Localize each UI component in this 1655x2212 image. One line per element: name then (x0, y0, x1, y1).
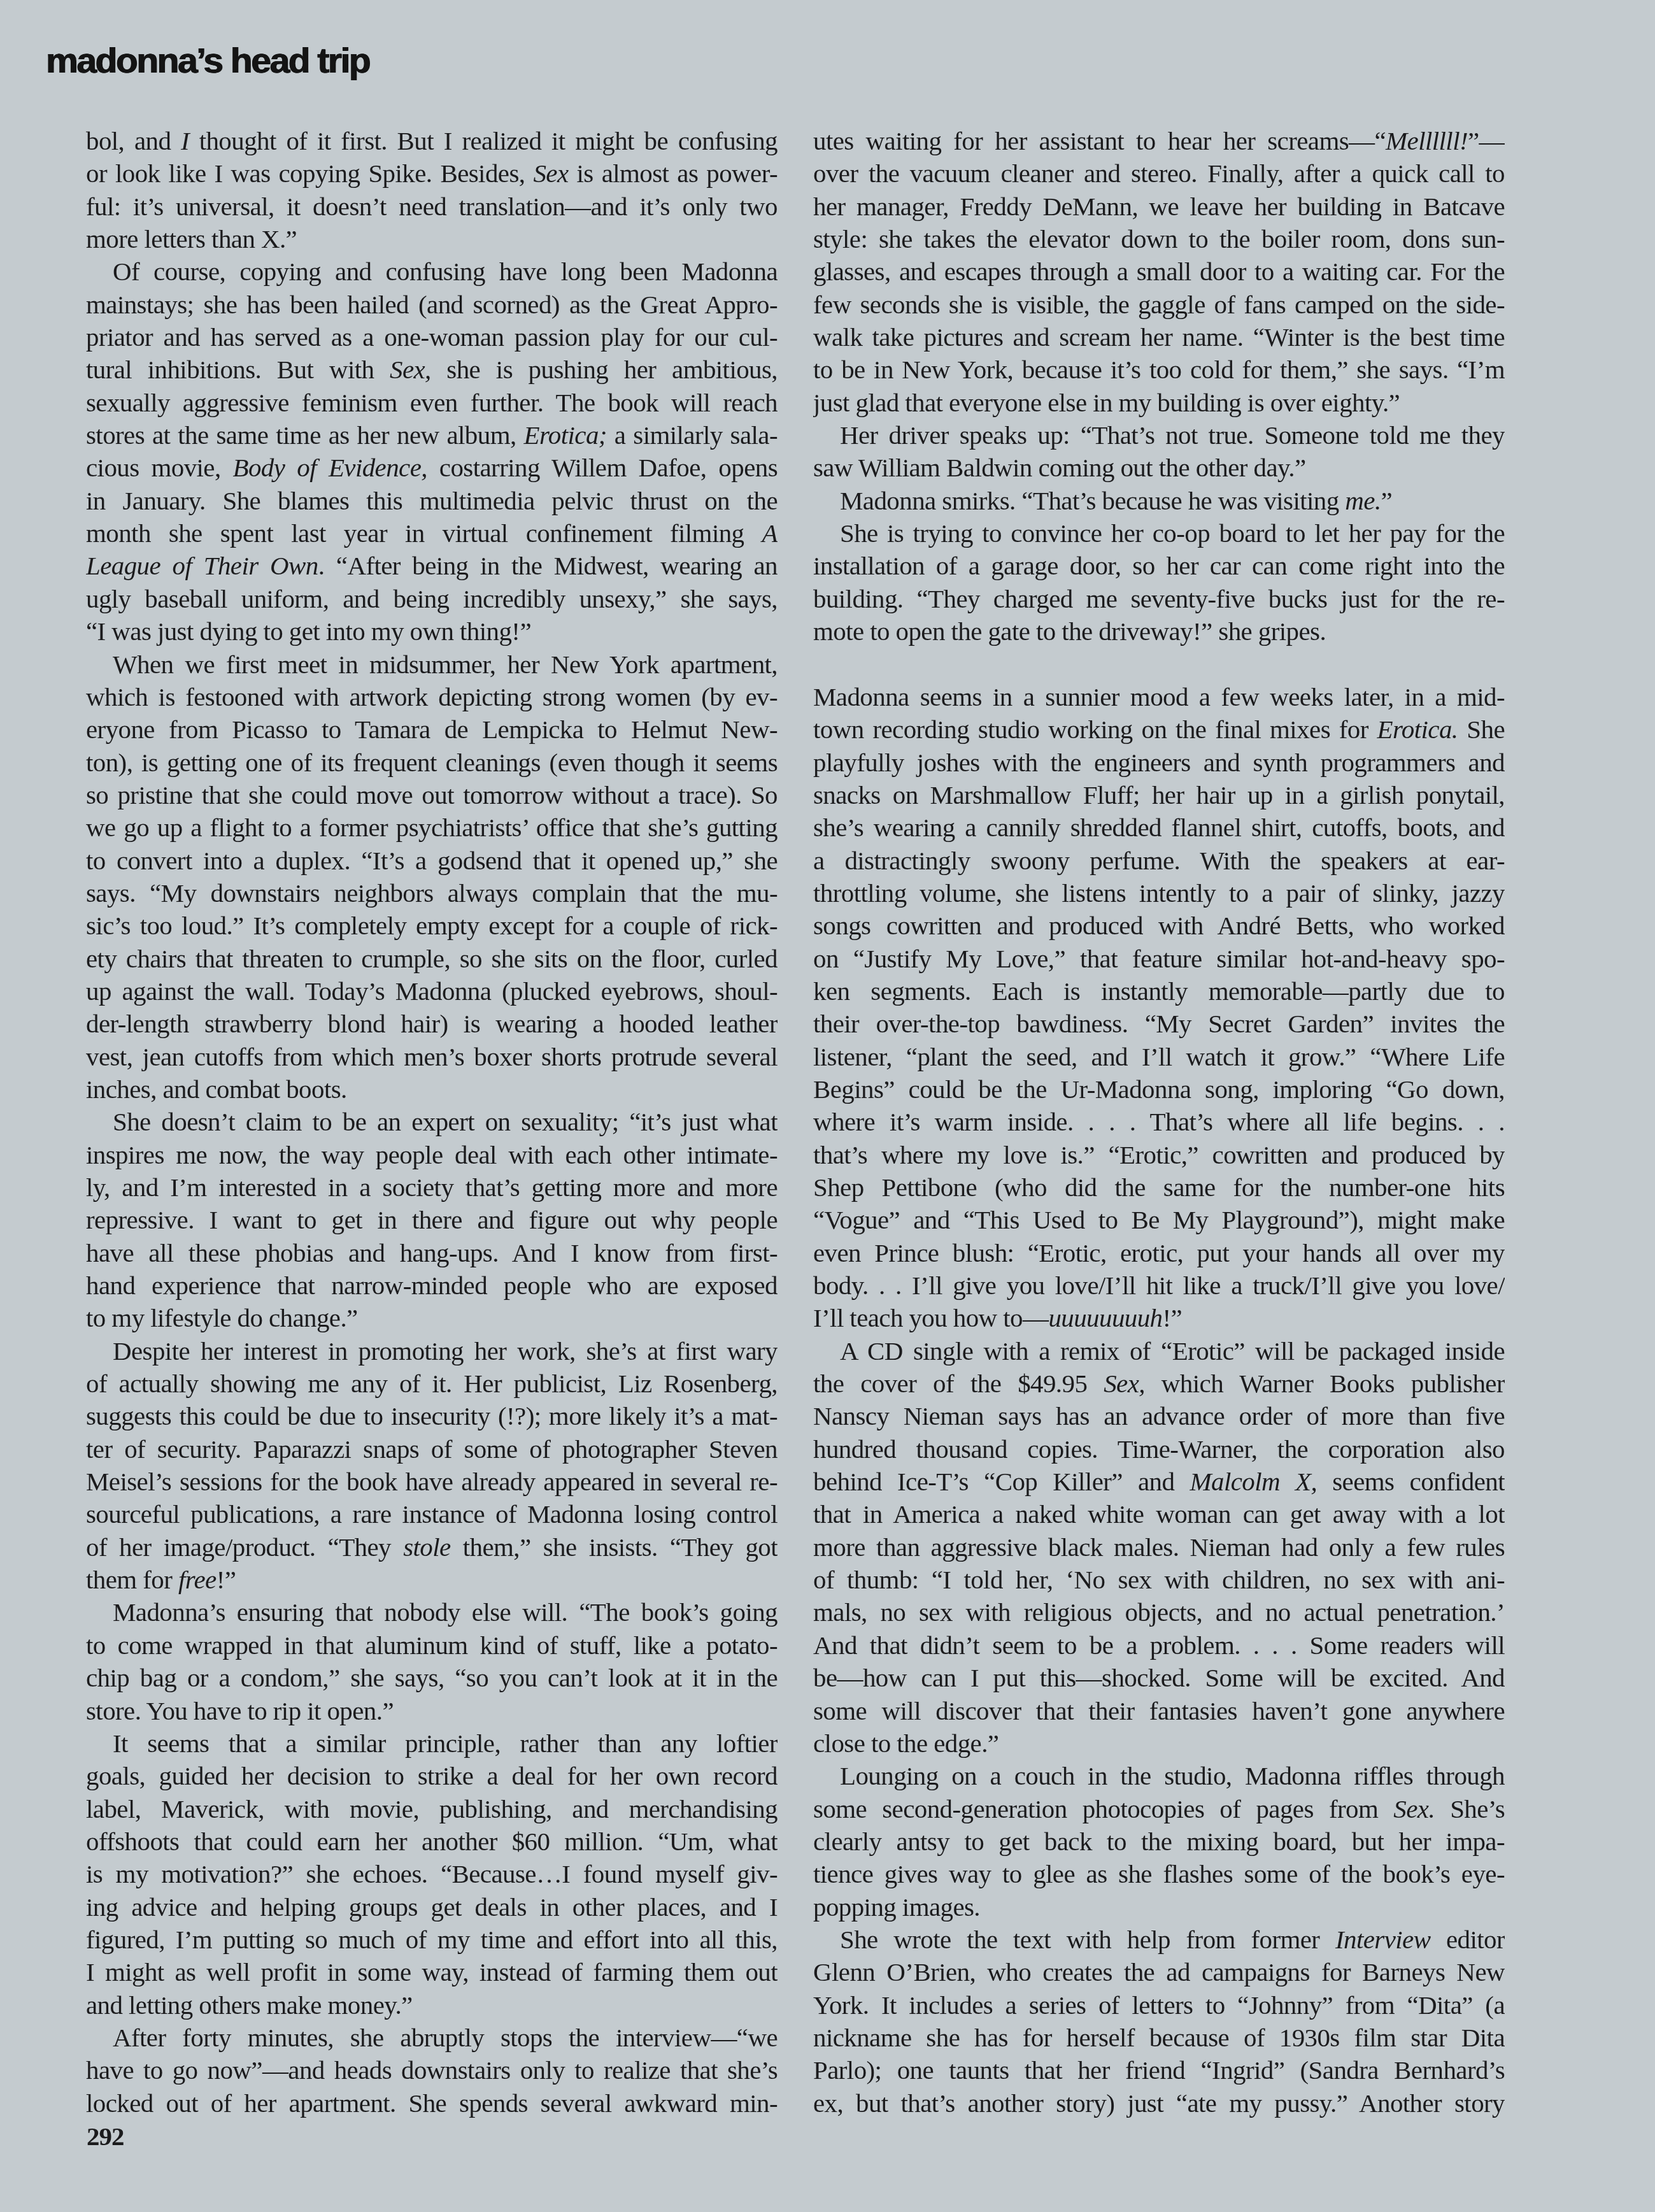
article-line: I’ll teach you how to—uuuuuuuuh!” (813, 1302, 1505, 1334)
article-line: “Vogue” and “This Used to Be My Playgrou… (813, 1204, 1505, 1236)
article-line: them for free!” (86, 1564, 778, 1596)
article-line: have to go now”—and heads downstairs onl… (86, 2054, 778, 2087)
article-line: clearly antsy to get back to the mixing … (813, 1825, 1505, 1858)
article-line: Madonna seems in a sunnier mood a few we… (813, 681, 1505, 713)
article-line: to my lifestyle do change.” (86, 1302, 778, 1334)
article-line: ugly baseball uniform, and being incredi… (86, 583, 778, 615)
article-line: says. “My downstairs neighbors always co… (86, 877, 778, 910)
article-line: ken segments. Each is instantly memorabl… (813, 975, 1505, 1008)
article-line: ety chairs that threaten to crumple, so … (86, 943, 778, 975)
article-line: tience gives way to glee as she flashes … (813, 1858, 1505, 1890)
article-line: mainstays; she has been hailed (and scor… (86, 289, 778, 321)
article-line: we go up a flight to a former psychiatri… (86, 811, 778, 844)
article-line: the cover of the $49.95 Sex, which Warne… (813, 1367, 1505, 1400)
article-line: I might as well profit in some way, inst… (86, 1956, 778, 1988)
article-line: ful: it’s universal, it doesn’t need tra… (86, 190, 778, 223)
article-line: to be in New York, because it’s too cold… (813, 353, 1505, 386)
article-line: ex, but that’s another story) just “ate … (813, 2087, 1505, 2120)
article-line: that in America a naked white woman can … (813, 1498, 1505, 1531)
article-line: more than aggressive black males. Nieman… (813, 1531, 1505, 1564)
article-line: hand experience that narrow-minded peopl… (86, 1269, 778, 1302)
article-line: saw William Baldwin coming out the other… (813, 452, 1505, 484)
article-line: where it’s warm inside. . . . That’s whe… (813, 1106, 1505, 1138)
article-line: up against the wall. Today’s Madonna (pl… (86, 975, 778, 1008)
article-line: repressive. I want to get in there and f… (86, 1204, 778, 1236)
article-line: a distractingly swoony perfume. With the… (813, 845, 1505, 877)
article-line: of thumb: “I told her, ‘No sex with chil… (813, 1564, 1505, 1596)
article-line: which is festooned with artwork depictin… (86, 681, 778, 713)
article-line: is my motivation?” she echoes. “Because…… (86, 1858, 778, 1890)
article-line: chip bag or a condom,” she says, “so you… (86, 1662, 778, 1694)
article-line: ton), is getting one of its frequent cle… (86, 746, 778, 779)
article-line: Nanscy Nieman says has an advance order … (813, 1400, 1505, 1432)
article-line: inches, and combat boots. (86, 1073, 778, 1106)
article-line: more letters than X.” (86, 223, 778, 255)
article-line: Of course, copying and confusing have lo… (86, 255, 778, 288)
article-line: sexually aggressive feminism even furthe… (86, 387, 778, 419)
article-line: snacks on Marshmallow Fluff; her hair up… (813, 779, 1505, 811)
article-line: utes waiting for her assistant to hear h… (813, 125, 1505, 157)
article-line: Parlo); one taunts that her friend “Ingr… (813, 2054, 1505, 2087)
article-line: locked out of her apartment. She spends … (86, 2087, 778, 2120)
article-line: nickname she has for herself because of … (813, 2022, 1505, 2054)
article-line: behind Ice-T’s “Cop Killer” and Malcolm … (813, 1466, 1505, 1498)
page-number: 292 (87, 2121, 124, 2151)
page-title: madonna’s head trip (46, 39, 369, 81)
article-line: cious movie, Body of Evidence, costarrin… (86, 452, 778, 484)
article-line: Meisel’s sessions for the book have alre… (86, 1466, 778, 1498)
article-line: their over-the-top bawdiness. “My Secret… (813, 1008, 1505, 1040)
article-line: over the vacuum cleaner and stereo. Fina… (813, 157, 1505, 190)
article-line: walk take pictures and scream her name. … (813, 321, 1505, 353)
article-line: month she spent last year in virtual con… (86, 517, 778, 550)
article-line: to convert into a duplex. “It’s a godsen… (86, 845, 778, 877)
article-line: mals, no sex with religious objects, and… (813, 1596, 1505, 1629)
article-line: playfully joshes with the engineers and … (813, 746, 1505, 779)
article-line: style: she takes the elevator down to th… (813, 223, 1505, 255)
article-line: Madonna smirks. “That’s because he was v… (813, 485, 1505, 517)
article-line: League of Their Own. “After being in the… (86, 550, 778, 582)
article-line: figured, I’m putting so much of my time … (86, 1923, 778, 1956)
article-line: After forty minutes, she abruptly stops … (86, 2022, 778, 2054)
article-line: She doesn’t claim to be an expert on sex… (86, 1106, 778, 1138)
article-line: on “Justify My Love,” that feature simil… (813, 943, 1505, 975)
article-line: be—how can I put this—shocked. Some will… (813, 1662, 1505, 1694)
article-line: songs cowritten and produced with André … (813, 910, 1505, 942)
article-line: A CD single with a remix of “Erotic” wil… (813, 1335, 1505, 1367)
article-line: Despite her interest in promoting her wo… (86, 1335, 778, 1367)
article-line: some will discover that their fantasies … (813, 1695, 1505, 1727)
article-line: body. . . I’ll give you love/I’ll hit li… (813, 1269, 1505, 1302)
article-line: goals, guided her decision to strike a d… (86, 1760, 778, 1792)
article-line: glasses, and escapes through a small doo… (813, 255, 1505, 288)
article-line: throttling volume, she listens intently … (813, 877, 1505, 910)
article-line: popping images. (813, 1891, 1505, 1923)
article-line: or look like I was copying Spike. Beside… (86, 157, 778, 190)
article-line: suggests this could be due to insecurity… (86, 1400, 778, 1432)
article-line: building. “They charged me seventy-five … (813, 583, 1505, 615)
article-line: some second-generation photocopies of pa… (813, 1793, 1505, 1825)
article-line: label, Maverick, with movie, publishing,… (86, 1793, 778, 1825)
article-line: even Prince blush: “Erotic, erotic, put … (813, 1237, 1505, 1269)
article-line: store. You have to rip it open.” (86, 1695, 778, 1727)
article-line: Begins” could be the Ur-Madonna song, im… (813, 1073, 1505, 1106)
article-line: hundred thousand copies. Time-Warner, th… (813, 1433, 1505, 1466)
article-line: “I was just dying to get into my own thi… (86, 615, 778, 648)
article-line: town recording studio working on the fin… (813, 713, 1505, 746)
article-line: vest, jean cutoffs from which men’s boxe… (86, 1041, 778, 1073)
article-line: sourceful publications, a rare instance … (86, 1498, 778, 1531)
article-line: offshoots that could earn her another $6… (86, 1825, 778, 1858)
article-line: tural inhibitions. But with Sex, she is … (86, 353, 778, 386)
article-line: installation of a garage door, so her ca… (813, 550, 1505, 582)
article-line: priator and has served as a one-woman pa… (86, 321, 778, 353)
article-line: der-length strawberry blond hair) is wea… (86, 1008, 778, 1040)
article-line: sic’s too loud.” It’s completely empty e… (86, 910, 778, 942)
article-line: few seconds she is visible, the gaggle o… (813, 289, 1505, 321)
article-line: eryone from Picasso to Tamara de Lempick… (86, 713, 778, 746)
article-line: ing advice and helping groups get deals … (86, 1891, 778, 1923)
article-line: Lounging on a couch in the studio, Madon… (813, 1760, 1505, 1792)
article-line: She is trying to convince her co-op boar… (813, 517, 1505, 550)
article-line: Shep Pettibone (who did the same for the… (813, 1171, 1505, 1204)
article-line: Glenn O’Brien, who creates the ad campai… (813, 1956, 1505, 1988)
article-line: and letting others make money.” (86, 1989, 778, 2022)
article-line: her manager, Freddy DeMann, we leave her… (813, 190, 1505, 223)
article-line: close to the edge.” (813, 1727, 1505, 1760)
article-line: Madonna’s ensuring that nobody else will… (86, 1596, 778, 1629)
article-line: When we first meet in midsummer, her New… (86, 648, 778, 681)
article-line: listener, “plant the seed, and I’ll watc… (813, 1041, 1505, 1073)
article-line: And that didn’t seem to be a problem. . … (813, 1629, 1505, 1662)
article-line: in January. She blames this multimedia p… (86, 485, 778, 517)
article-line: that’s where my love is.” “Erotic,” cowr… (813, 1139, 1505, 1171)
article-column-left: bol, and I thought of it first. But I re… (86, 125, 778, 2120)
article-line: just glad that everyone else in my build… (813, 387, 1505, 419)
article-line: she’s wearing a cannily shredded flannel… (813, 811, 1505, 844)
article-line: inspires me now, the way people deal wit… (86, 1139, 778, 1171)
article-line: It seems that a similar principle, rathe… (86, 1727, 778, 1760)
article-line: ly, and I’m interested in a society that… (86, 1171, 778, 1204)
article-line: Her driver speaks up: “That’s not true. … (813, 419, 1505, 452)
article-line: She wrote the text with help from former… (813, 1923, 1505, 1956)
article-line: so pristine that she could move out tomo… (86, 779, 778, 811)
article-line: bol, and I thought of it first. But I re… (86, 125, 778, 157)
article-line: to come wrapped in that aluminum kind of… (86, 1629, 778, 1662)
article-line: of her image/product. “They stole them,”… (86, 1531, 778, 1564)
article-line: ter of security. Paparazzi snaps of some… (86, 1433, 778, 1466)
article-line: have all these phobias and hang-ups. And… (86, 1237, 778, 1269)
article-line: stores at the same time as her new album… (86, 419, 778, 452)
article-line: mote to open the gate to the driveway!” … (813, 615, 1505, 648)
article-line: of actually showing me any of it. Her pu… (86, 1367, 778, 1400)
article-column-right: utes waiting for her assistant to hear h… (813, 125, 1505, 2120)
article-line: York. It includes a series of letters to… (813, 1989, 1505, 2022)
